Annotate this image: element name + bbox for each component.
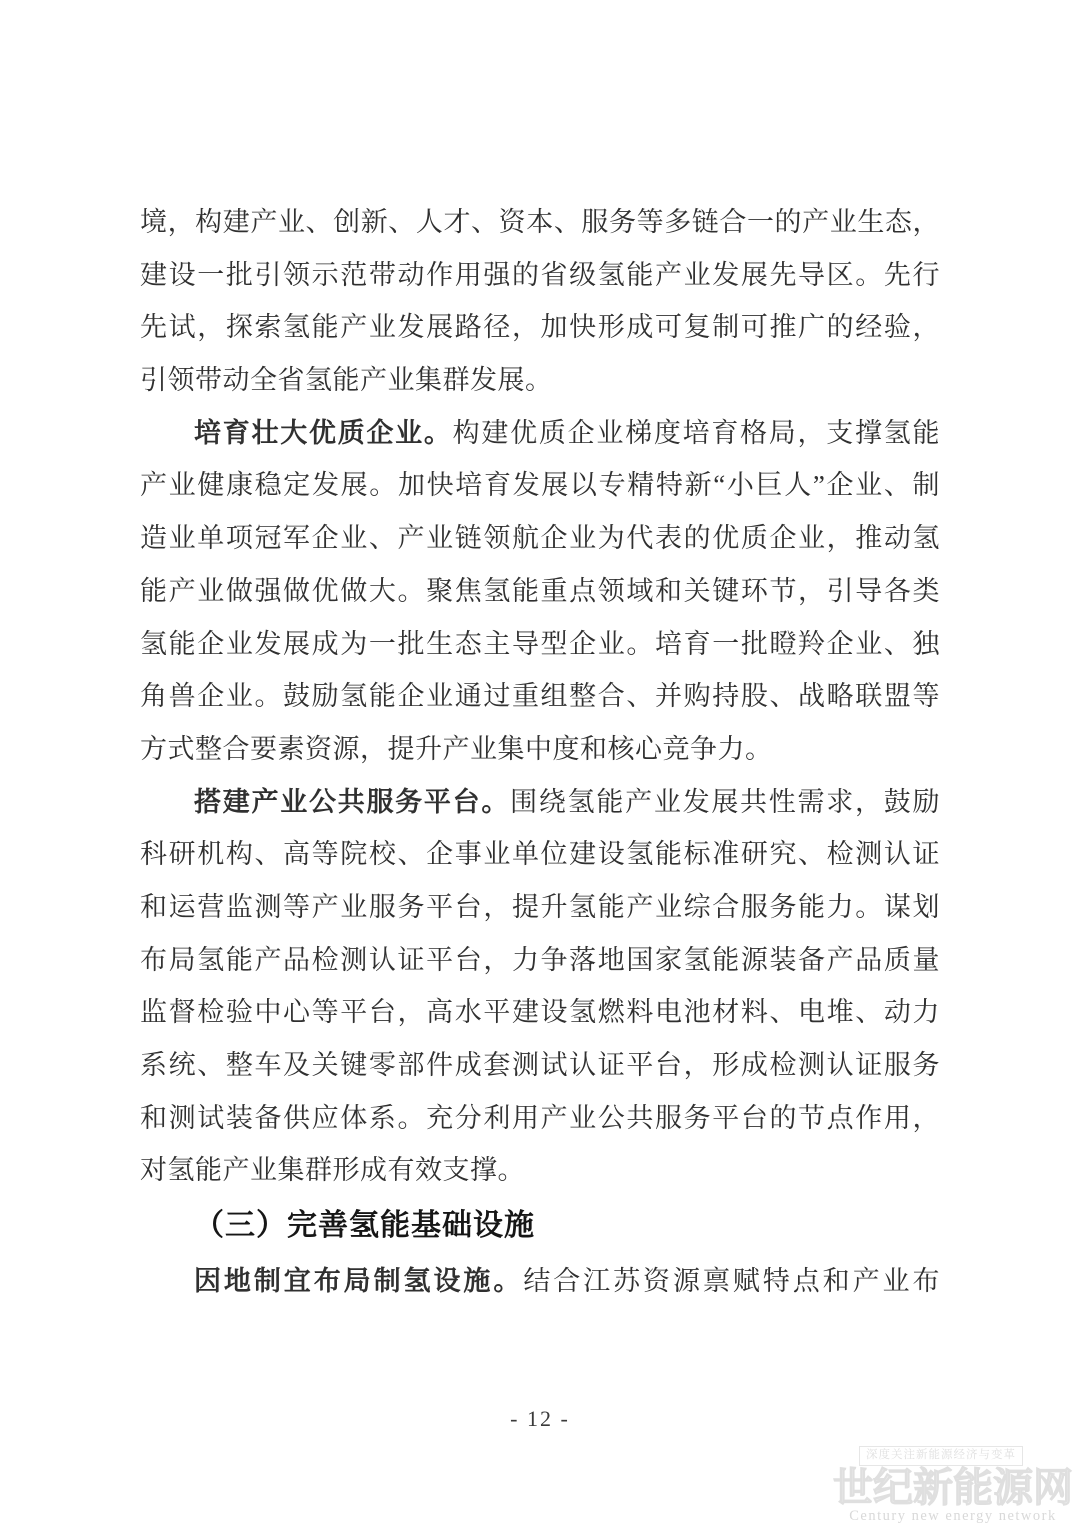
- body-text: 角兽企业。鼓励氢能企业通过重组整合、并购持股、战略联盟等: [140, 681, 940, 711]
- page-number: - 12 -: [0, 1406, 1080, 1432]
- document-line: 方式整合要素资源，提升产业集中度和核心竞争力。: [140, 723, 940, 776]
- document-line: 培育壮大优质企业。构建优质企业梯度培育格局，支撑氢能: [140, 407, 940, 460]
- document-line: 监督检验中心等平台，高水平建设氢燃料电池材料、电堆、动力: [140, 986, 940, 1039]
- body-text: 能产业做强做优做大。聚焦氢能重点领域和关键环节，引导各类: [140, 576, 940, 606]
- body-text: 构建优质企业梯度培育格局，支撑氢能: [453, 418, 940, 448]
- body-text: 造业单项冠军企业、产业链领航企业为代表的优质企业，推动氢: [140, 523, 940, 553]
- document-line: 对氢能产业集群形成有效支撑。: [140, 1144, 940, 1197]
- watermark: 深度关注新能源经济与变革 世纪新能源网 Century new energy n…: [828, 1446, 1078, 1525]
- body-text: 监督检验中心等平台，高水平建设氢燃料电池材料、电堆、动力: [140, 997, 940, 1027]
- body-text: 方式整合要素资源，提升产业集中度和核心竞争力。: [140, 734, 773, 764]
- body-text: 境，构建产业、创新、人才、资本、服务等多链合一的产业生态，: [140, 207, 940, 237]
- document-line: 系统、整车及关键零部件成套测试认证平台，形成检测认证服务: [140, 1039, 940, 1092]
- document-line: 布局氢能产品检测认证平台，力争落地国家氢能源装备产品质量: [140, 934, 940, 987]
- body-text: 产业健康稳定发展。加快培育发展以专精特新“小巨人”企业、制: [140, 470, 940, 500]
- lead-phrase: 搭建产业公共服务平台。: [194, 787, 510, 817]
- lead-phrase: （三）完善氢能基础设施: [194, 1209, 535, 1242]
- watermark-brand-english: Century new energy network: [828, 1509, 1078, 1526]
- document-line: 和测试装备供应体系。充分利用产业公共服务平台的节点作用，: [140, 1092, 940, 1145]
- document-line: 氢能企业发展成为一批生态主导型企业。培育一批瞪羚企业、独: [140, 618, 940, 671]
- lead-phrase: 培育壮大优质企业。: [194, 418, 453, 448]
- document-line: 先试，探索氢能产业发展路径，加快形成可复制可推广的经验，: [140, 301, 940, 354]
- document-line: 境，构建产业、创新、人才、资本、服务等多链合一的产业生态，: [140, 196, 940, 249]
- body-text: 结合江苏资源禀赋特点和产业布: [523, 1266, 940, 1296]
- body-text: 建设一批引领示范带动作用强的省级氢能产业发展先导区。先行: [140, 260, 940, 290]
- document-line: 建设一批引领示范带动作用强的省级氢能产业发展先导区。先行: [140, 249, 940, 302]
- document-page: 境，构建产业、创新、人才、资本、服务等多链合一的产业生态，建设一批引领示范带动作…: [0, 0, 1080, 1527]
- document-line: 角兽企业。鼓励氢能企业通过重组整合、并购持股、战略联盟等: [140, 670, 940, 723]
- watermark-slogan: 深度关注新能源经济与变革: [859, 1446, 1023, 1466]
- document-line: 引领带动全省氢能产业集群发展。: [140, 354, 940, 407]
- body-text: 和测试装备供应体系。充分利用产业公共服务平台的节点作用，: [140, 1103, 940, 1133]
- body-text: 科研机构、高等院校、企事业单位建设氢能标准研究、检测认证: [140, 839, 940, 869]
- body-text: 对氢能产业集群形成有效支撑。: [140, 1155, 525, 1185]
- body-text: 布局氢能产品检测认证平台，力争落地国家氢能源装备产品质量: [140, 945, 940, 975]
- document-line: 造业单项冠军企业、产业链领航企业为代表的优质企业，推动氢: [140, 512, 940, 565]
- document-line: 能产业做强做优做大。聚焦氢能重点领域和关键环节，引导各类: [140, 565, 940, 618]
- document-body: 境，构建产业、创新、人才、资本、服务等多链合一的产业生态，建设一批引领示范带动作…: [140, 196, 940, 1308]
- watermark-brand-logo: 世纪新能源网: [828, 1467, 1078, 1509]
- document-line: 科研机构、高等院校、企事业单位建设氢能标准研究、检测认证: [140, 828, 940, 881]
- body-text: 和运营监测等产业服务平台，提升氢能产业综合服务能力。谋划: [140, 892, 940, 922]
- document-line: 搭建产业公共服务平台。围绕氢能产业发展共性需求，鼓励: [140, 776, 940, 829]
- document-line: 产业健康稳定发展。加快培育发展以专精特新“小巨人”企业、制: [140, 459, 940, 512]
- body-text: 先试，探索氢能产业发展路径，加快形成可复制可推广的经验，: [140, 312, 940, 342]
- section-heading: （三）完善氢能基础设施: [140, 1197, 940, 1255]
- body-text: 氢能企业发展成为一批生态主导型企业。培育一批瞪羚企业、独: [140, 629, 940, 659]
- lead-phrase: 因地制宜布局制氢设施。: [194, 1266, 523, 1296]
- document-line: 因地制宜布局制氢设施。结合江苏资源禀赋特点和产业布: [140, 1255, 940, 1308]
- body-text: 围绕氢能产业发展共性需求，鼓励: [510, 787, 940, 817]
- body-text: 引领带动全省氢能产业集群发展。: [140, 365, 553, 395]
- document-line: 和运营监测等产业服务平台，提升氢能产业综合服务能力。谋划: [140, 881, 940, 934]
- body-text: 系统、整车及关键零部件成套测试认证平台，形成检测认证服务: [140, 1050, 940, 1080]
